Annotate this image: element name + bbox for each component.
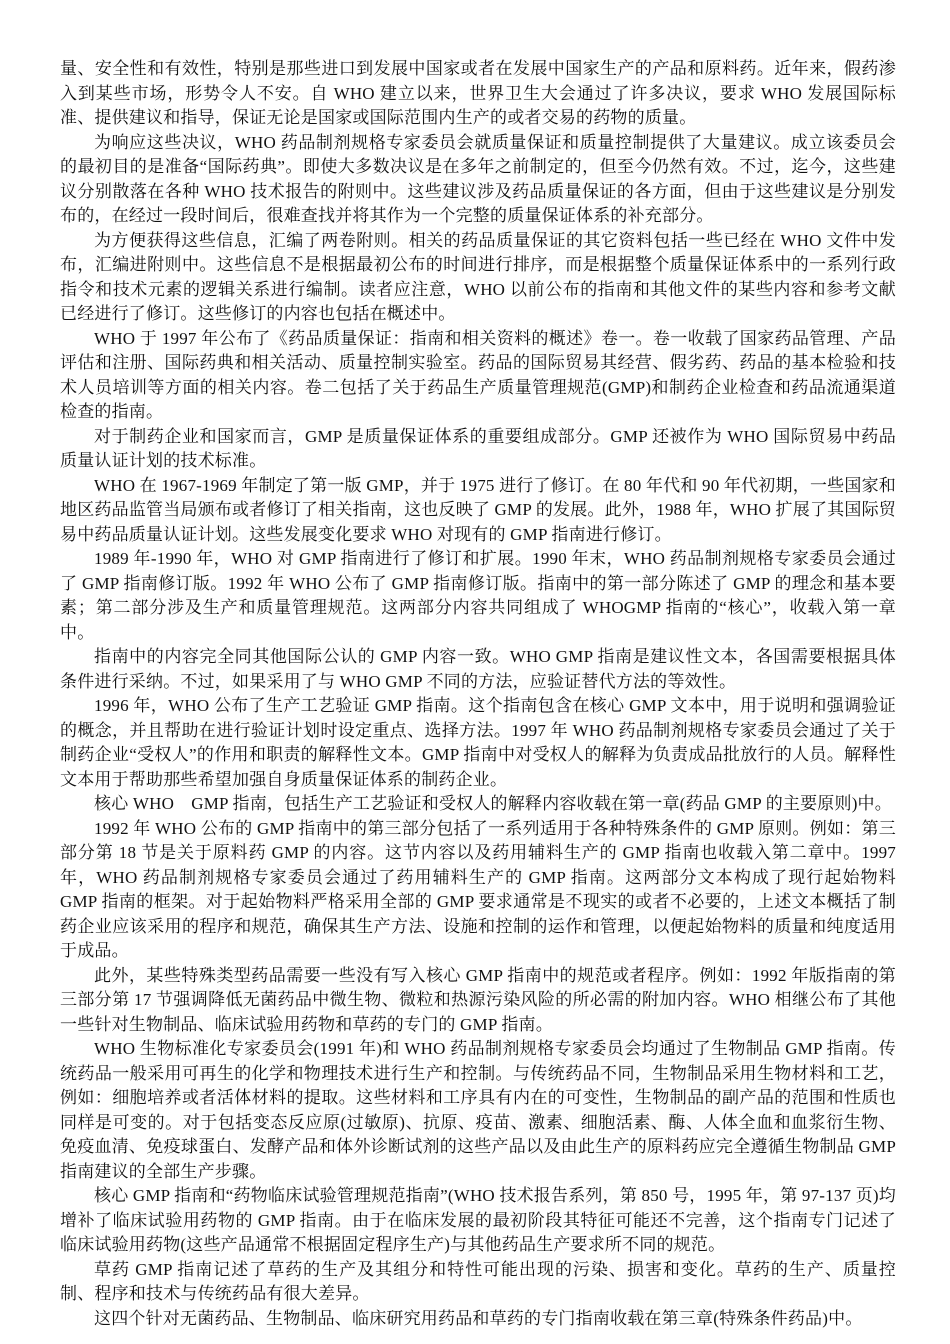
document-text-block: 量、安全性和有效性，特别是那些进口到发展中国家或者在发展中国家生产的产品和原料药…	[60, 57, 896, 1331]
document-page: 量、安全性和有效性，特别是那些进口到发展中国家或者在发展中国家生产的产品和原料药…	[0, 0, 950, 1344]
paragraph-08: 指南中的内容完全同其他国际公认的 GMP 内容一致。WHO GMP 指南是建议性…	[60, 645, 896, 694]
paragraph-04: WHO 于 1997 年公布了《药品质量保证：指南和相关资料的概述》卷一。卷一收…	[60, 327, 896, 425]
paragraph-15: 草药 GMP 指南记述了草药的生产及其组分和特性可能出现的污染、损害和变化。草药…	[60, 1258, 896, 1307]
paragraph-12: 此外，某些特殊类型药品需要一些没有写入核心 GMP 指南中的规范或者程序。例如：…	[60, 964, 896, 1038]
paragraph-11: 1992 年 WHO 公布的 GMP 指南中的第三部分包括了一系列适用于各种特殊…	[60, 817, 896, 964]
paragraph-14: 核心 GMP 指南和“药物临床试验管理规范指南”(WHO 技术报告系列，第 85…	[60, 1184, 896, 1258]
paragraph-02: 为响应这些决议，WHO 药品制剂规格专家委员会就质量保证和质量控制提供了大量建议…	[60, 131, 896, 229]
paragraph-05: 对于制药企业和国家而言，GMP 是质量保证体系的重要组成部分。GMP 还被作为 …	[60, 425, 896, 474]
paragraph-01-continuation: 量、安全性和有效性，特别是那些进口到发展中国家或者在发展中国家生产的产品和原料药…	[60, 57, 896, 131]
paragraph-10: 核心 WHO GMP 指南，包括生产工艺验证和受权人的解释内容收载在第一章(药品…	[60, 792, 896, 817]
paragraph-09: 1996 年，WHO 公布了生产工艺验证 GMP 指南。这个指南包含在核心 GM…	[60, 694, 896, 792]
paragraph-03: 为方便获得这些信息，汇编了两卷附则。相关的药品质量保证的其它资料包括一些已经在 …	[60, 229, 896, 327]
paragraph-13: WHO 生物标准化专家委员会(1991 年)和 WHO 药品制剂规格专家委员会均…	[60, 1037, 896, 1184]
paragraph-06: WHO 在 1967-1969 年制定了第一版 GMP，并于 1975 进行了修…	[60, 474, 896, 548]
paragraph-07: 1989 年-1990 年，WHO 对 GMP 指南进行了修订和扩展。1990 …	[60, 547, 896, 645]
paragraph-16: 这四个针对无菌药品、生物制品、临床研究用药品和草药的专门指南收载在第三章(特殊条…	[60, 1307, 896, 1332]
